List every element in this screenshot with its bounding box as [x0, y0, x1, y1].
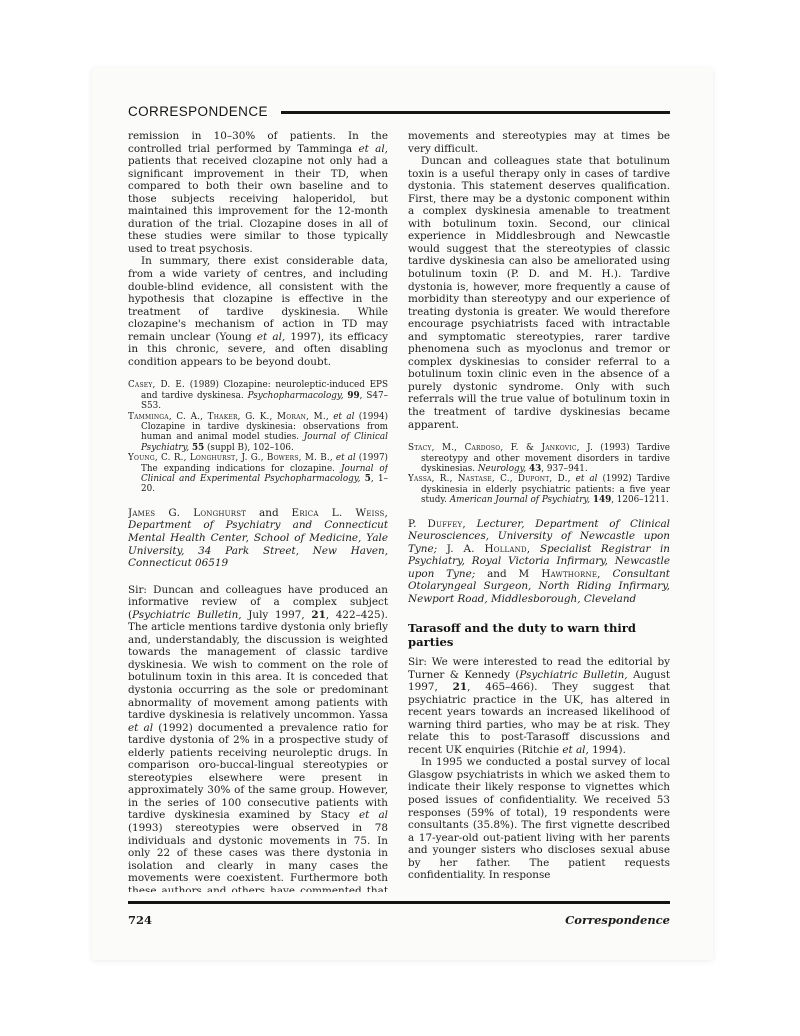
text-run [601, 568, 613, 580]
text-run: Duncan and colleagues state that botulin… [408, 155, 670, 430]
text-run: 1994). [589, 744, 626, 756]
text-run: Psychopharmacology, [248, 391, 344, 401]
body-paragraph: Sir: We were interested to read the edit… [408, 656, 670, 756]
text-run: Tamminga, C. A., Thaker, G. K., Moran, M… [128, 412, 329, 422]
text-run: J. A. Holland, [447, 543, 531, 555]
footer-journal-label: Correspondence [565, 913, 670, 927]
journal-page: CORRESPONDENCE remission in 10–30% of pa… [92, 68, 713, 960]
text-run: P. Duffey, [408, 518, 466, 530]
text-run: 99 [347, 391, 359, 401]
body-paragraph: Sir: Duncan and colleagues have produced… [128, 584, 388, 892]
body-paragraph: movements and stereotypies may at times … [408, 130, 670, 155]
text-run: M Hawthorne, [518, 568, 600, 580]
body-paragraph: Duncan and colleagues state that botulin… [408, 155, 670, 431]
body-paragraph: In 1995 we conducted a postal survey of … [408, 756, 670, 881]
text-run: (suppl B), 102–106. [204, 443, 294, 453]
text-run: , 1206–1211. [611, 495, 669, 505]
screenshot-canvas: { "page": { "running_head": "CORRESPONDE… [0, 0, 800, 1036]
text-run: Stacy, M., Cardoso, F. & Jankovic, J. [408, 443, 593, 453]
text-run: Young, C. R., Longhurst, J. G., Bowers, … [128, 453, 333, 463]
text-run: James G. Longhurst [128, 507, 246, 519]
text-run: 55 [192, 443, 204, 453]
text-run: Yassa, R., Nastase, C., Dupont, D., [408, 474, 571, 484]
text-run: , 937–941. [541, 464, 587, 474]
text-run: et al [359, 809, 388, 821]
text-run: 43 [529, 464, 541, 474]
text-run [437, 543, 447, 555]
body-paragraph: remission in 10–30% of patients. In the … [128, 130, 388, 255]
text-run [466, 518, 477, 530]
text-run: 149 [593, 495, 611, 505]
page-number: 724 [128, 913, 152, 927]
right-column: movements and stereotypies may at times … [408, 130, 670, 892]
text-run: American Journal of Psychiatry, [450, 495, 590, 505]
text-run: Psychiatric Bulletin, [132, 609, 242, 621]
body-paragraph: In summary, there exist considerable dat… [128, 255, 388, 368]
running-head: CORRESPONDENCE [128, 104, 268, 119]
reference-item: Young, C. R., Longhurst, J. G., Bowers, … [128, 453, 388, 495]
reference-item: Stacy, M., Cardoso, F. & Jankovic, J. (1… [408, 443, 670, 474]
reference-item: Casey, D. E. (1989) Clozapine: neurolept… [128, 380, 388, 411]
text-run: remission in 10–30% of patients. In the … [128, 130, 388, 155]
text-run: Department of Psychiatry and Connecticut… [128, 519, 388, 569]
text-run [530, 543, 540, 555]
text-run: Erica L. Weiss, [292, 507, 388, 519]
left-column: remission in 10–30% of patients. In the … [128, 130, 388, 892]
text-run: et al [333, 412, 354, 422]
header-rule [281, 111, 670, 114]
text-run: Tarasoff and the duty to warn third part… [408, 621, 636, 649]
text-run: and [475, 568, 518, 580]
text-run: et al, [257, 331, 285, 343]
text-run: In summary, there exist considerable dat… [128, 255, 388, 342]
text-run: movements and stereotypies may at times … [408, 130, 670, 155]
text-run: et al [576, 474, 598, 484]
text-run: et al [128, 722, 153, 734]
text-run: Psychiatric Bulletin, [519, 669, 627, 681]
text-run: and [246, 507, 291, 519]
reference-item: Tamminga, C. A., Thaker, G. K., Moran, M… [128, 412, 388, 454]
section-heading: Tarasoff and the duty to warn third part… [408, 622, 670, 650]
text-run: In 1995 we conducted a postal survey of … [408, 756, 670, 881]
text-run: July 1997, [242, 609, 312, 621]
page-footer: 724 Correspondence [128, 913, 670, 927]
text-run: et al, [562, 744, 588, 756]
author-signature: James G. Longhurst and Erica L. Weiss, D… [128, 507, 388, 570]
reference-item: Yassa, R., Nastase, C., Dupont, D., et a… [408, 474, 670, 505]
footer-rule [128, 901, 670, 904]
text-run: patients that received clozapine not onl… [128, 155, 388, 255]
text-run: Neurology, [478, 464, 526, 474]
text-run: et al [336, 453, 356, 463]
running-head-row: CORRESPONDENCE [128, 104, 670, 119]
text-run: Casey, D. E. [128, 380, 185, 390]
text-run: (1992) documented a prevalence ratio for… [128, 722, 388, 822]
author-signature: P. Duffey, Lecturer, Department of Clini… [408, 518, 670, 606]
text-run: 21 [453, 681, 467, 693]
text-run: , 422–425). The article mentions tardive… [128, 609, 388, 721]
text-run: (1993) stereotypies were observed in 78 … [128, 822, 388, 892]
text-run: 21 [311, 609, 325, 621]
text-run: et al, [358, 143, 388, 155]
